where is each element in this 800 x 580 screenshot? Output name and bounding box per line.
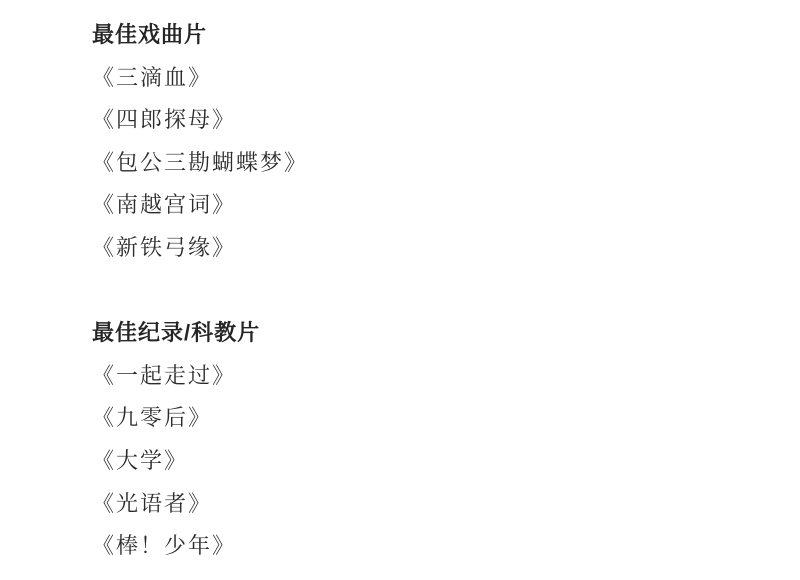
film-title: 《新铁弓缘》 bbox=[92, 227, 760, 270]
section-heading-documentary-science-film: 最佳纪录/科教片 bbox=[92, 312, 760, 355]
document-page: 最佳戏曲片 《三滴血》 《四郎探母》 《包公三勘蝴蝶梦》 《南越宫词》 《新铁弓… bbox=[0, 0, 800, 580]
film-title: 《棒！少年》 bbox=[92, 525, 760, 568]
film-title: 《一起走过》 bbox=[92, 355, 760, 398]
film-title: 《南越宫词》 bbox=[92, 184, 760, 227]
film-title: 《大学》 bbox=[92, 440, 760, 483]
film-title: 《四郎探母》 bbox=[92, 99, 760, 142]
film-title: 《包公三勘蝴蝶梦》 bbox=[92, 142, 760, 185]
film-title: 《三滴血》 bbox=[92, 57, 760, 100]
film-title: 《光语者》 bbox=[92, 483, 760, 526]
film-title: 《九零后》 bbox=[92, 397, 760, 440]
section-heading-opera-film: 最佳戏曲片 bbox=[92, 14, 760, 57]
section-spacer bbox=[92, 270, 760, 313]
